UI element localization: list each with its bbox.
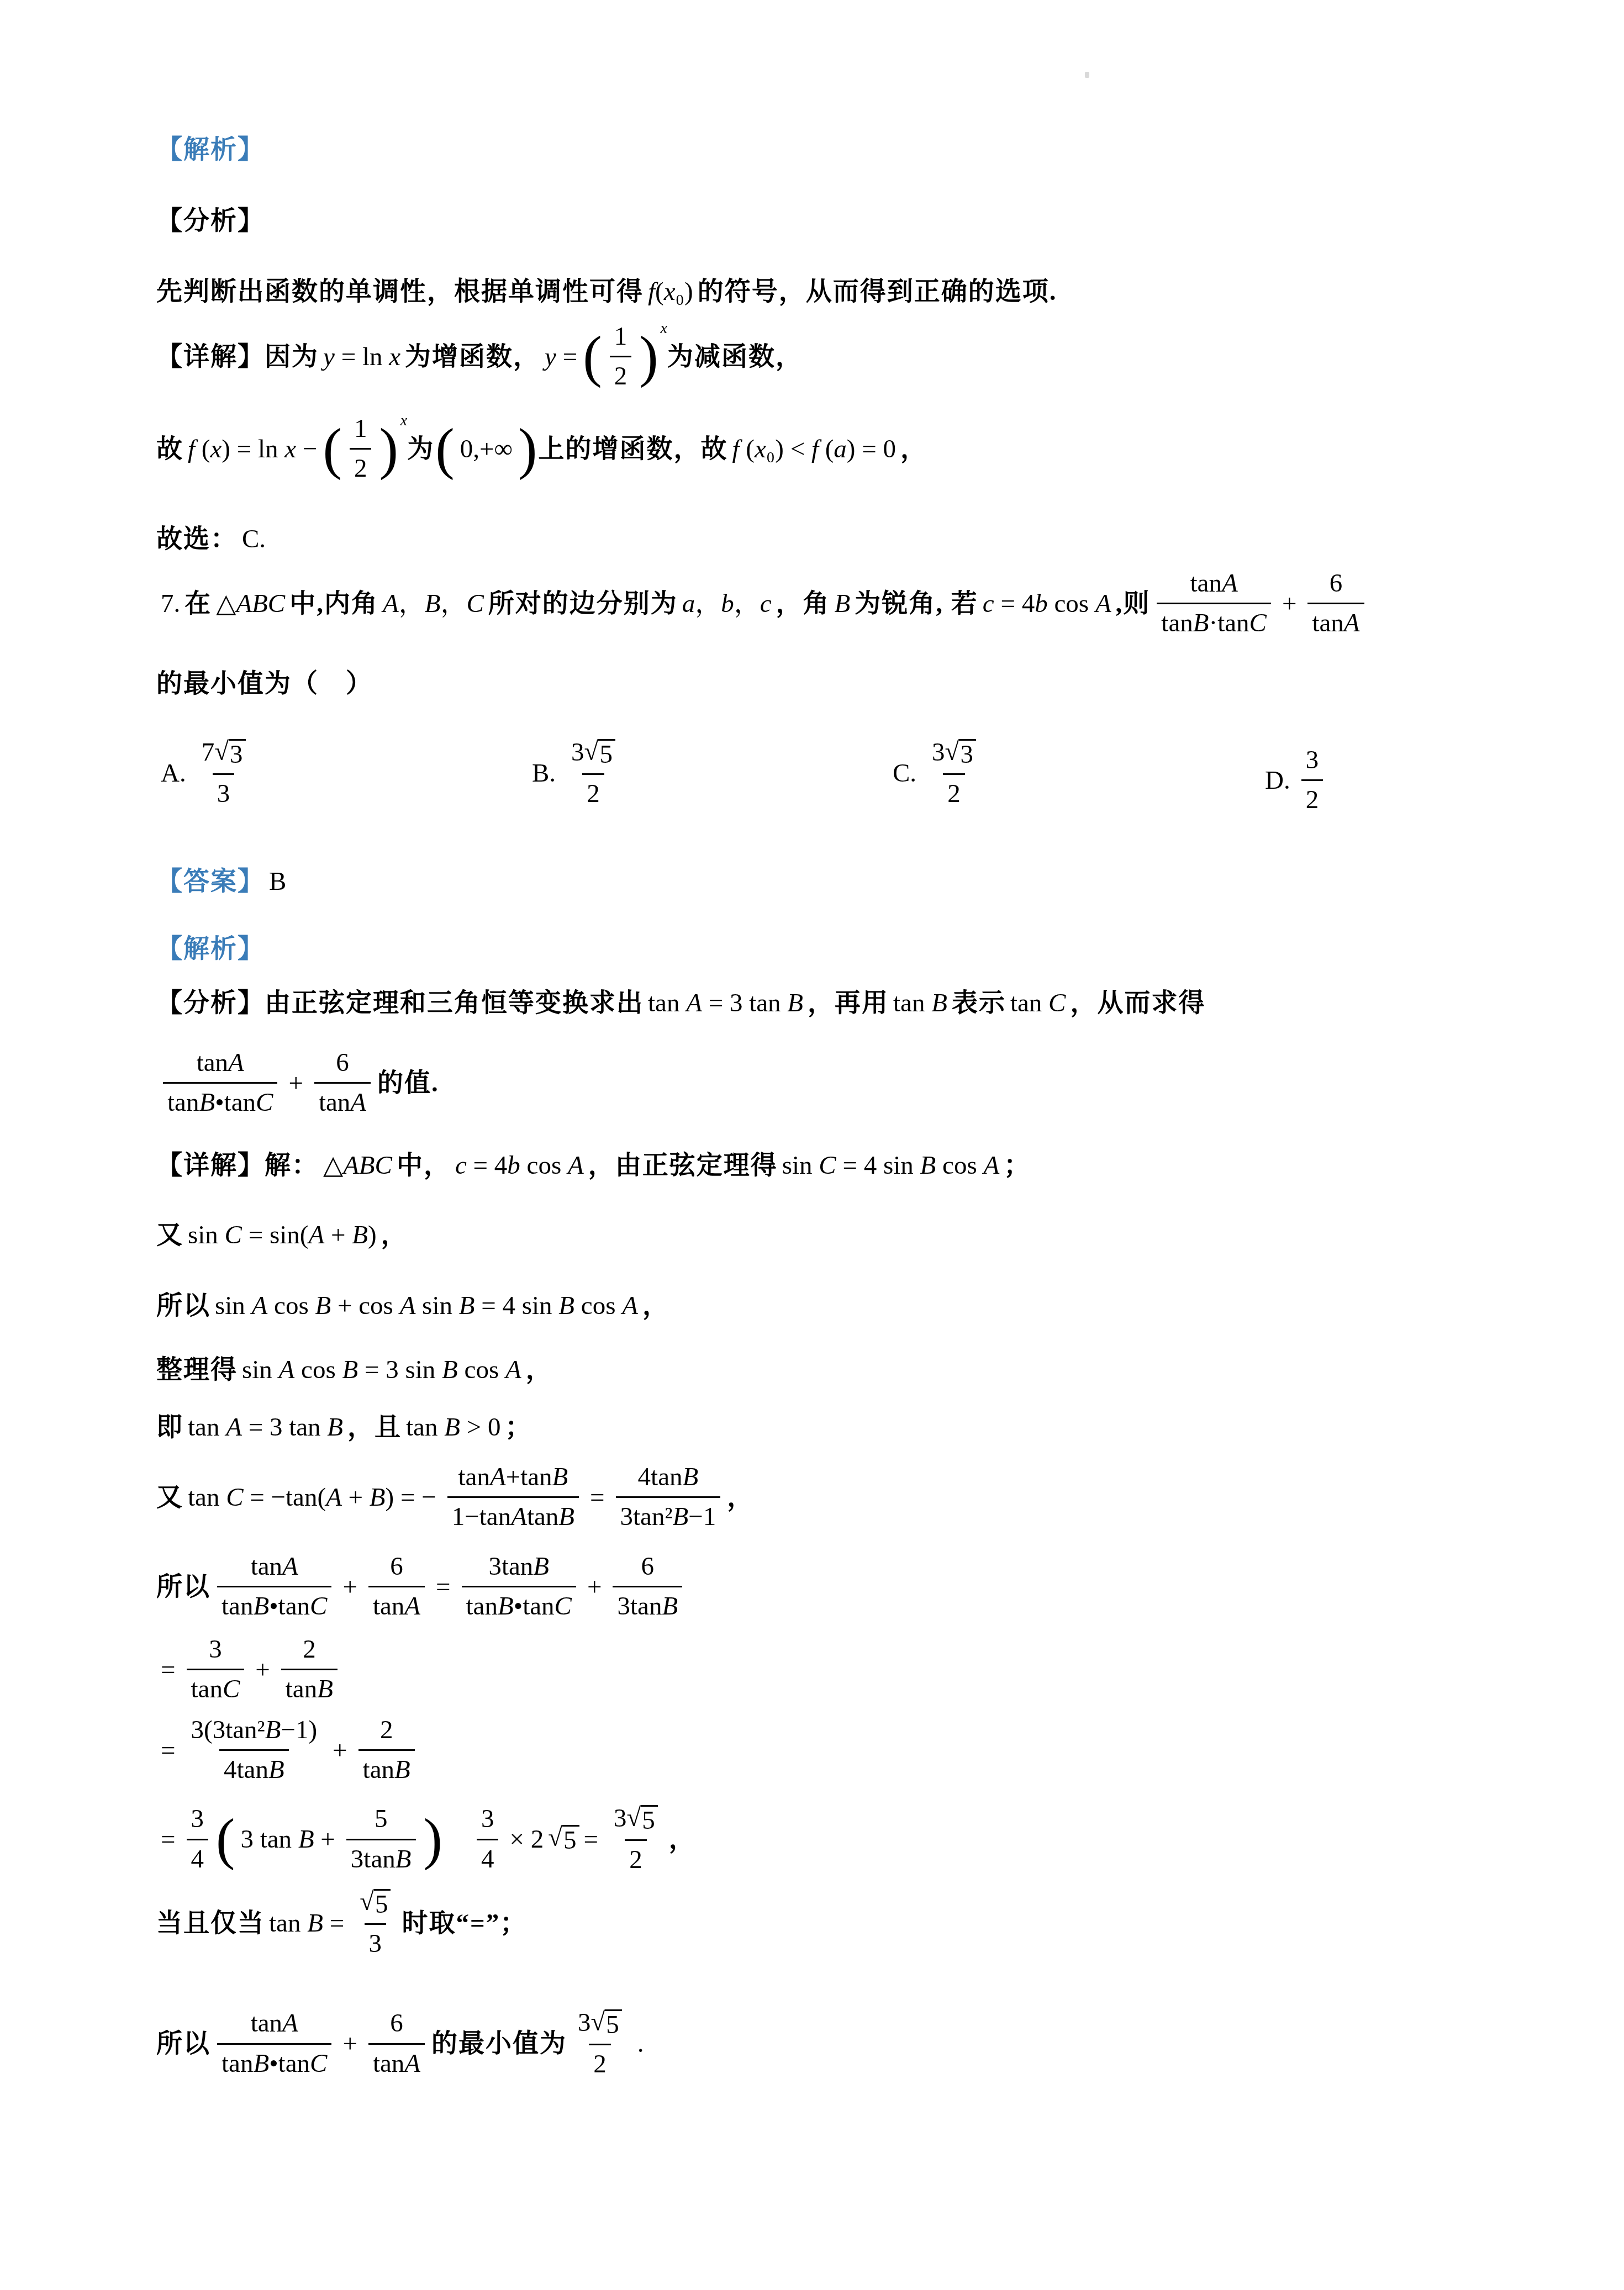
- sqrt-sign: √: [591, 2009, 605, 2035]
- equals-sign: =: [590, 1482, 605, 1513]
- math-tanb-eq: tan B =: [269, 1908, 344, 1939]
- fraction-one-half: 1 2: [610, 323, 632, 391]
- equals-sign: =: [161, 1735, 176, 1766]
- radicand: 3: [229, 739, 246, 768]
- step-amgm: = 3 4 ( 3 tan B + 5 3 tan B ) 3 4 × 2 √5…: [156, 1805, 696, 1874]
- fraction-denominator: 3tan²B −1: [616, 1496, 721, 1531]
- option-c-fraction: 3√3 2: [927, 739, 980, 808]
- fraction-denominator: 4 tan B: [219, 1749, 289, 1784]
- sqrt-sign: √: [627, 1805, 641, 1831]
- text: ，且: [347, 1412, 402, 1443]
- fraction-denominator: tan B•tan C: [163, 1082, 277, 1116]
- fraction-one-half: 1 2: [350, 415, 372, 483]
- fraction-denominator: 4: [477, 1839, 499, 1873]
- fraction-numerator: 3: [204, 1636, 226, 1669]
- semicolon: ；: [505, 1412, 532, 1443]
- fraction-denominator: tan B · tan C: [1157, 603, 1271, 637]
- fraction-numerator: 1: [610, 323, 632, 356]
- sqrt: √5: [591, 2009, 622, 2038]
- text: 的最小值为: [431, 2028, 567, 2059]
- fraction: tan A tan B•tan C: [217, 1553, 331, 1621]
- option-b-fraction: 3√5 2: [567, 739, 620, 808]
- fraction-numerator: tan A: [246, 1553, 303, 1586]
- fraction-6-over-tana: 6 tan A: [314, 1049, 371, 1117]
- fraction-tana-over-tanb-tanc: tan A tan B•tan C: [163, 1049, 277, 1117]
- fraction-denominator: tan B: [358, 1749, 415, 1784]
- fraction-numerator: 2: [298, 1636, 320, 1669]
- option-d-label: D.: [1265, 765, 1290, 796]
- math-tanb: tan B: [893, 988, 947, 1019]
- sqrt: √3: [214, 739, 245, 768]
- fraction-denominator: 3: [365, 1923, 387, 1957]
- fraction-denominator: tan A: [1307, 603, 1364, 637]
- fraction-denominator: tan B•tan C: [217, 1586, 331, 1620]
- math-interval: 0,+∞: [460, 434, 513, 465]
- question-7-statement: 7. 在 △ABC 中, 内角 A，B，C 所对的边分别为 a，b，c ，角 B…: [156, 570, 1371, 637]
- fraction: 6 tan A: [368, 1553, 425, 1621]
- fraction-denominator: tan A: [368, 1586, 425, 1620]
- question-7-min-value: 的最小值为（ ）: [156, 668, 373, 699]
- plus-sign: +: [1282, 588, 1297, 619]
- coefficient: 3: [932, 739, 945, 766]
- fraction-denominator: 2: [582, 773, 604, 808]
- fraction-numerator: 6: [637, 1553, 659, 1586]
- fraction-numerator: 6: [331, 1049, 354, 1082]
- fraction-denominator: 3 tan B: [613, 1586, 682, 1620]
- text: 又: [156, 1482, 183, 1513]
- text: 内角: [324, 588, 378, 619]
- text: 的值.: [377, 1068, 439, 1099]
- section-jiexi-label-2: 【解析】: [156, 933, 265, 964]
- period: .: [637, 2028, 644, 2059]
- math-triangle-abc: △ABC: [216, 588, 285, 619]
- text: 为锐角, 若: [855, 588, 978, 619]
- radicand: 5: [598, 739, 615, 768]
- fraction-numerator: 4 tan B: [634, 1464, 703, 1496]
- text: 为减函数，: [667, 341, 803, 372]
- text: 当且仅当: [156, 1908, 265, 1939]
- option-c-label: C.: [893, 758, 916, 789]
- fraction-denominator: tan B•tan C: [217, 2043, 331, 2077]
- fraction-numerator: 3: [477, 1806, 499, 1838]
- text: 为: [407, 434, 434, 465]
- comma: ，: [381, 1220, 408, 1250]
- option-a-label: A.: [161, 758, 186, 789]
- plus-sign: +: [342, 2028, 357, 2059]
- analysis-text-q6: 先判断出函数的单调性，根据单调性可得 f(x₀) 的符号，从而得到正确的选项.: [156, 276, 1057, 307]
- document-page: { "colors": {"accent_blue": "#3a7cb8"}, …: [0, 0, 1624, 2290]
- math-times-2: × 2: [509, 1824, 544, 1855]
- fraction-numerator: 1: [350, 415, 372, 448]
- sqrt-sign: √: [584, 739, 599, 765]
- text: 在: [184, 588, 212, 619]
- math: sin A cos B + cos A sin B = 4 sin B cos …: [215, 1290, 638, 1321]
- plus-sign: +: [333, 1735, 347, 1766]
- xiangjie-label: 【详解】: [156, 341, 265, 372]
- step-substitute: 所以 tan A tan B•tan C + 6 tan A = 3 tan B…: [156, 1553, 689, 1621]
- step-tana-3tanb: 即 tan A = 3 tan B ，且 tan B > 0 ；: [156, 1412, 532, 1443]
- jiexi-label: 【解析】: [156, 933, 265, 964]
- math-sides: a，b，c: [682, 588, 772, 619]
- option-d-fraction: 3 2: [1301, 747, 1324, 814]
- fraction-numerator: 5: [370, 1806, 392, 1838]
- comma: ，: [642, 1290, 669, 1321]
- step-expand-tanc: = 3(3tan²B −1) 4 tan B + 2 tan B: [156, 1717, 421, 1784]
- fraction-denominator: tan B: [281, 1669, 338, 1703]
- text: 整理得: [156, 1354, 238, 1385]
- option-a: A. 7√3 3: [156, 739, 257, 808]
- sqrt: √5: [360, 1889, 391, 1918]
- fraction-tana-over-tanb-tanc: tan A tan B · tan C: [1157, 570, 1271, 637]
- text: 所以: [156, 1571, 210, 1602]
- plus-sign: +: [342, 1571, 357, 1602]
- text: 上的增函数，: [539, 434, 701, 465]
- fraction-numerator: 3 tan B: [484, 1553, 553, 1586]
- comma: ，: [727, 1482, 754, 1513]
- math-tanc: tan C: [1010, 988, 1066, 1019]
- fraction-tana-over-tanb-tanc: tan A tan B•tan C: [217, 2010, 331, 2077]
- fraction-denominator: 2: [589, 2044, 611, 2078]
- equals-sign: =: [161, 1654, 176, 1685]
- text: ，再用: [808, 988, 889, 1019]
- math-sinc-4sinbcosa: sin C = 4 sin B cos A: [782, 1150, 999, 1181]
- text: 表示: [952, 988, 1006, 1019]
- fraction-numerator: tan A + tan B: [454, 1464, 573, 1496]
- text: 的最小值为（ ）: [156, 668, 373, 699]
- text: 即: [156, 1412, 183, 1443]
- text: 由正弦定理和三角恒等变换求出: [265, 988, 644, 1019]
- option-a-fraction: 7√3 3: [197, 739, 250, 808]
- paren-group: ( 3 tan B + 5 3 tan B ): [215, 1806, 444, 1873]
- coefficient: 7: [202, 739, 215, 766]
- fraction-numerator: 3√5: [573, 2009, 626, 2044]
- equals-sign: =: [161, 1824, 176, 1855]
- option-d: D. 3 2: [1261, 747, 1330, 814]
- option-b: B. 3√5 2: [528, 739, 626, 808]
- math-y-eq: y =: [545, 341, 577, 372]
- target-expression-line: tan A tan B•tan C + 6 tan A 的值.: [156, 1049, 439, 1117]
- fraction-denominator: 2: [1301, 779, 1324, 814]
- fenxi-label: 【分析】: [156, 988, 265, 1019]
- fenxi-label: 【分析】: [156, 205, 265, 236]
- interval-zero-infinity: ( 0,+∞ ): [434, 434, 538, 465]
- fraction: 3(3tan²B −1) 4 tan B: [187, 1717, 322, 1784]
- semicolon: ；: [1004, 1150, 1031, 1181]
- section-fenxi-label-1: 【分析】: [156, 205, 265, 236]
- math-c-4bcosa: c = 4b cos A: [455, 1150, 584, 1181]
- math: sin C = sin(A + B): [188, 1220, 377, 1250]
- math-triangle-abc: △ABC: [323, 1150, 392, 1181]
- radicand: 5: [562, 1825, 579, 1854]
- text: 又: [156, 1220, 183, 1250]
- sqrt: √5: [627, 1805, 658, 1834]
- equality-condition: 当且仅当 tan B = √5 3 时取“=”；: [156, 1889, 527, 1957]
- step-tanc: 又 tan C = −tan(A + B) = − tan A + tan B …: [156, 1464, 754, 1531]
- text: 为增函数，: [405, 341, 540, 372]
- math-angles: A，B，C: [383, 588, 484, 619]
- plus-sign: +: [587, 1571, 602, 1602]
- text: 因为: [265, 341, 319, 372]
- text: ，由正弦定理得: [588, 1150, 778, 1181]
- text: 故: [701, 434, 728, 465]
- math: sin A cos B = 3 sin B cos A: [242, 1354, 521, 1385]
- step-3tanc-2tanb: = 3 tan C + 2 tan B: [156, 1636, 344, 1703]
- detail-line-q7-1: 【详解】 解： △ABC 中， c = 4b cos A ，由正弦定理得 sin…: [156, 1150, 1031, 1181]
- fraction-three-fourths: 3 4: [187, 1806, 209, 1873]
- text: 所以: [156, 1290, 210, 1321]
- text: 所对的边分别为: [488, 588, 678, 619]
- fraction-three-fourths: 3 4: [477, 1806, 499, 1873]
- sqrt-sign: √: [945, 739, 959, 765]
- option-b-label: B.: [532, 758, 556, 789]
- math-fx0-lt-fa: f (x₀) < f (a) = 0: [732, 434, 897, 465]
- fraction-denominator: 2: [610, 356, 632, 390]
- fraction-numerator: √5: [355, 1889, 395, 1923]
- radicand: 5: [641, 1805, 658, 1834]
- exponent-x: x: [400, 411, 408, 430]
- math-fx0: f(x₀): [648, 276, 693, 307]
- text: 解：: [265, 1150, 319, 1181]
- detail-line-q6-1: 【详解】 因为 y = ln x 为增函数， y = ( 1 2 ) x 为减函…: [156, 323, 803, 391]
- fraction: 2 tan B: [358, 1717, 415, 1784]
- plus-sign: +: [255, 1654, 270, 1685]
- sqrt-sign: √: [548, 1825, 562, 1851]
- text: 中,: [289, 588, 324, 619]
- fraction-tan-sum: tan A + tan B 1− tan A tan B: [447, 1464, 579, 1531]
- sqrt: √3: [945, 739, 976, 768]
- fraction: 5 3 tan B: [346, 1806, 416, 1873]
- fraction-sqrt5-over-3: √5 3: [355, 1889, 395, 1957]
- fraction: 3 tan B tan B•tan C: [462, 1553, 576, 1621]
- fraction-denominator: tan A: [314, 1082, 371, 1116]
- radicand: 5: [605, 2009, 622, 2038]
- fraction-numerator: 7√3: [197, 739, 250, 773]
- detail-line-q6-2: 故 f (x) = ln x − ( 1 2 ) x 为 ( 0,+∞ ) 上的…: [156, 415, 927, 483]
- math-y-lnx: y = ln x: [323, 341, 400, 372]
- sqrt-sign: √: [360, 1889, 374, 1915]
- fraction-numerator: tan A: [246, 2010, 303, 2043]
- step-expand: 所以 sin A cos B + cos A sin B = 4 sin B c…: [156, 1290, 669, 1321]
- answer-line-q7: 【答案】 B: [156, 866, 291, 897]
- paren-fraction-half-pow-x: ( 1 2 ) x: [321, 415, 407, 483]
- analysis-pre: 先判断出函数的单调性，根据单调性可得: [156, 276, 644, 307]
- coefficient: 3: [578, 2009, 591, 2036]
- fraction-denominator: 2: [625, 1839, 647, 1874]
- fraction-numerator: 2: [376, 1717, 398, 1749]
- fraction-denominator: tan C: [187, 1669, 245, 1703]
- fraction-denominator: 3 tan B: [346, 1839, 416, 1873]
- xiangjie-label: 【详解】: [156, 1150, 265, 1181]
- fraction-numerator: 6: [386, 1553, 408, 1586]
- text: 所以: [156, 2028, 210, 2059]
- radicand: 5: [374, 1889, 391, 1918]
- fraction: 2 tan B: [281, 1636, 338, 1703]
- coefficient: 3: [571, 739, 584, 766]
- text: ,则: [1116, 588, 1151, 619]
- fraction-denominator: tan B•tan C: [462, 1586, 576, 1620]
- math-angle-b: B: [835, 588, 851, 619]
- section-jiexi-label-1: 【解析】: [156, 134, 265, 165]
- analysis-text-q7: 【分析】 由正弦定理和三角恒等变换求出 tan A = 3 tan B ，再用 …: [156, 988, 1205, 1019]
- fraction-numerator: 6: [1325, 570, 1347, 603]
- plus-sign: +: [288, 1068, 303, 1099]
- math-tanc-eq: tan C = −tan(A + B) = −: [188, 1482, 436, 1513]
- fraction-4tanb: 4 tan B 3tan²B −1: [616, 1464, 721, 1531]
- comma: ，: [900, 434, 927, 465]
- comma: ，: [526, 1354, 553, 1385]
- sqrt-sign: √: [214, 739, 229, 765]
- jiexi-label: 【解析】: [156, 134, 265, 165]
- radicand: 3: [959, 739, 976, 768]
- text: ，从而求得: [1070, 988, 1205, 1019]
- comma: ，: [669, 1824, 696, 1855]
- answer-value: B: [269, 866, 286, 897]
- fraction-numerator: tan A: [1186, 570, 1242, 603]
- text: 中，: [397, 1150, 451, 1181]
- equals-sign: =: [584, 1824, 599, 1855]
- math-c-4bcosa: c = 4b cos A: [983, 588, 1111, 619]
- fraction-numerator: 3√5: [567, 739, 620, 773]
- fraction-numerator: 3(3tan²B −1): [187, 1717, 322, 1749]
- fraction-denominator: 2: [943, 773, 965, 808]
- text: 故选：: [156, 524, 238, 555]
- fraction-denominator: 3: [213, 773, 235, 808]
- math-fx-lnx: f (x) = ln x −: [188, 434, 317, 465]
- conclusion-line: 所以 tan A tan B•tan C + 6 tan A 的最小值为 3√5…: [156, 2009, 648, 2078]
- fraction: 3 tan C: [187, 1636, 245, 1703]
- math: tan B > 0: [406, 1412, 500, 1443]
- page-speck: [1085, 72, 1089, 78]
- fraction-denominator: 2: [350, 448, 372, 482]
- fraction-denominator: tan A: [368, 2043, 425, 2077]
- sqrt-5: √5: [548, 1825, 579, 1854]
- fraction-numerator: tan A: [192, 1049, 249, 1082]
- question-number: 7.: [161, 588, 180, 619]
- fraction-numerator: 3: [187, 1806, 209, 1838]
- paren-fraction-half-pow-x: ( 1 2 ) x: [582, 323, 667, 391]
- text: 时取“=”；: [402, 1908, 527, 1939]
- fraction-6-over-tana: 6 tan A: [1307, 570, 1364, 637]
- fraction: 6 3 tan B: [613, 1553, 682, 1621]
- coefficient: 3: [614, 1805, 627, 1832]
- math: tan A = 3 tan B: [188, 1412, 343, 1443]
- math-3tanb-plus: 3 tan B +: [240, 1824, 335, 1855]
- sqrt: √5: [584, 739, 615, 768]
- equals-sign: =: [436, 1571, 451, 1602]
- fraction-numerator: 6: [386, 2010, 408, 2043]
- math-tana-3tanb: tan A = 3 tan B: [648, 988, 803, 1019]
- fraction-denominator: 1− tan A tan B: [447, 1496, 579, 1531]
- fraction-3sqrt5-over-2: 3√5 2: [573, 2009, 626, 2078]
- fraction-denominator: 4: [187, 1839, 209, 1873]
- fraction-numerator: 3√5: [609, 1805, 662, 1839]
- fraction-6-over-tana: 6 tan A: [368, 2010, 425, 2077]
- fraction-numerator: 3: [1301, 747, 1324, 779]
- text: ，角: [776, 588, 830, 619]
- option-c: C. 3√3 2: [888, 739, 987, 808]
- exponent-x: x: [661, 319, 668, 338]
- fraction-numerator: 3√3: [927, 739, 980, 773]
- step-simplify: 整理得 sin A cos B = 3 sin B cos A ，: [156, 1354, 553, 1385]
- text: 故: [156, 434, 183, 465]
- fraction-3sqrt5-over-2: 3√5 2: [609, 1805, 662, 1874]
- choice-letter: C.: [242, 524, 266, 555]
- answer-choice-q6: 故选： C.: [156, 524, 270, 555]
- analysis-post: 的符号，从而得到正确的选项.: [698, 276, 1057, 307]
- daan-label: 【答案】: [156, 866, 265, 897]
- step-sinc-sinab: 又 sin C = sin(A + B) ，: [156, 1220, 408, 1250]
